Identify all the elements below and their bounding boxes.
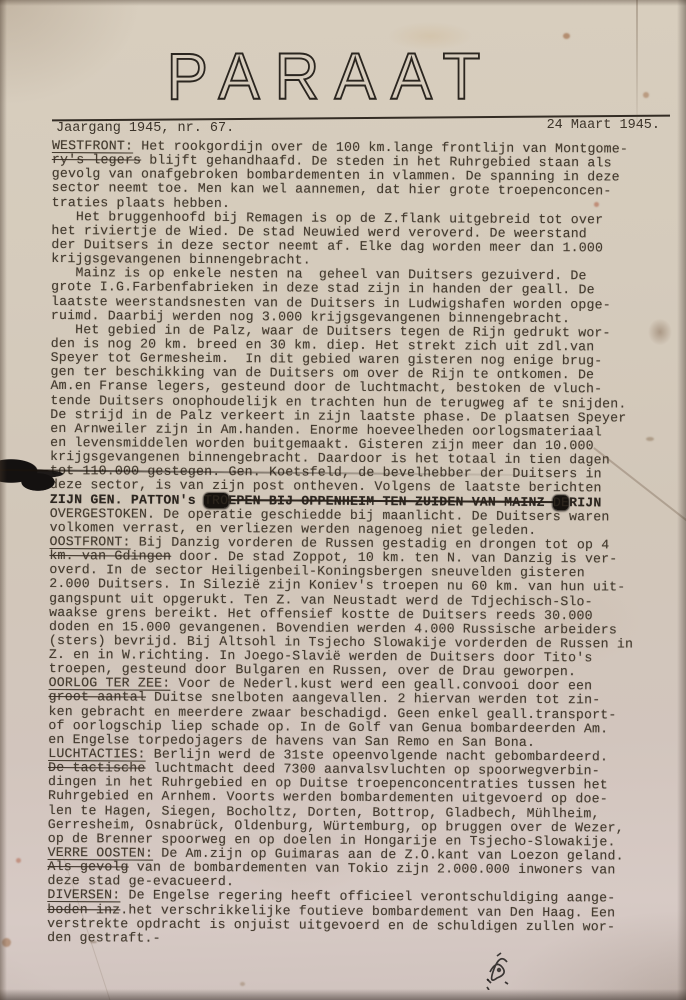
issue-number: Jaargang 1945, nr. 67. bbox=[56, 120, 234, 137]
ink-smudge bbox=[468, 942, 522, 990]
text-segment: RIJN bbox=[569, 495, 602, 510]
masthead-title: PARAAT bbox=[52, 44, 670, 112]
text-segment: Als gevolg bbox=[48, 859, 129, 874]
newspaper-page: PARAAT Jaargang 1945, nr. 67. 24 Maart 1… bbox=[0, 0, 686, 1000]
article-text: WESTFRONT: Het rookgordijn over de 100 k… bbox=[47, 139, 670, 949]
text-segment: den gestraft.- bbox=[47, 930, 161, 946]
issue-date: 24 Maart 1945. bbox=[547, 117, 660, 137]
text-segment: WESTFRONT: bbox=[52, 138, 133, 153]
text-segment: DIVERSEN: bbox=[47, 887, 120, 902]
text-segment: OOSTFRONT: bbox=[49, 534, 130, 549]
page-content: PARAAT Jaargang 1945, nr. 67. 24 Maart 1… bbox=[0, 0, 686, 945]
text-segment: boden inz bbox=[47, 902, 120, 917]
text-segment: ry's legers bbox=[52, 152, 141, 168]
issue-row: Jaargang 1945, nr. 67. 24 Maart 1945. bbox=[52, 119, 670, 137]
censor-redaction: TRO bbox=[204, 492, 228, 507]
censor-redaction: DE bbox=[553, 495, 569, 510]
foxing-spot bbox=[240, 982, 245, 986]
